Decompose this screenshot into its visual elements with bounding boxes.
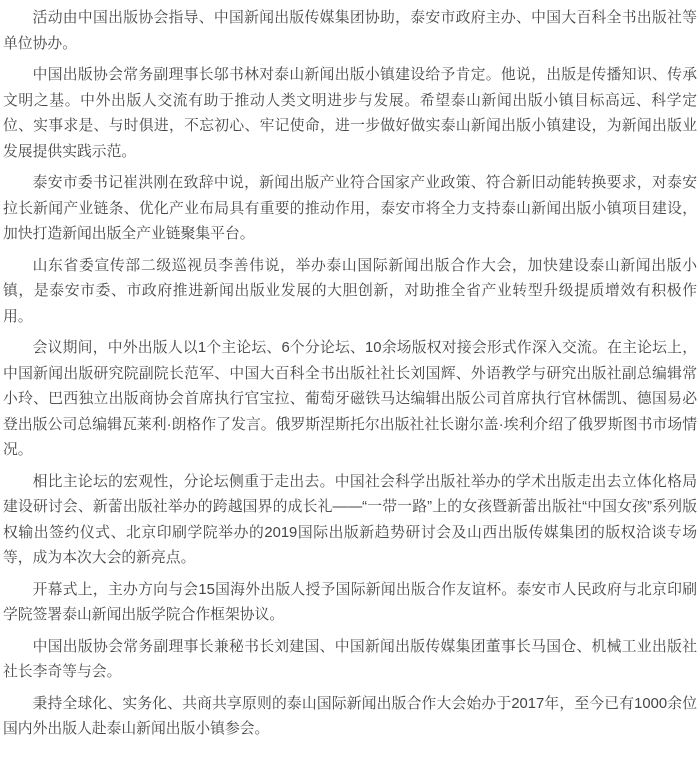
article-paragraph: 活动由中国出版协会指导、中国新闻出版传媒集团协助，泰安市政府主办、中国大百科全书… <box>3 6 697 57</box>
article-paragraph: 会议期间，中外出版人以1个主论坛、6个分论坛、10余场版权对接会形式作深入交流。… <box>3 336 697 464</box>
article-paragraph: 相比主论坛的宏观性，分论坛侧重于走出去。中国社会科学出版社举办的学术出版走出去立… <box>3 470 697 572</box>
article-body: 活动由中国出版协会指导、中国新闻出版传媒集团协助，泰安市政府主办、中国大百科全书… <box>0 0 700 769</box>
article-paragraph: 中国出版协会常务副理事长邬书林对泰山新闻出版小镇建设给予肯定。他说，出版是传播知… <box>3 63 697 165</box>
article-paragraph: 泰安市委书记崔洪刚在致辞中说，新闻出版产业符合国家产业政策、符合新旧动能转换要求… <box>3 171 697 248</box>
article-paragraph: 开幕式上，主办方向与会15国海外出版人授予国际新闻出版合作友谊杯。泰安市人民政府… <box>3 578 697 629</box>
article-paragraph: 秉持全球化、实务化、共商共享原则的泰山国际新闻出版合作大会始办于2017年，至今… <box>3 692 697 743</box>
article-paragraph: 中国出版协会常务副理事长兼秘书长刘建国、中国新闻出版传媒集团董事长马国仓、机械工… <box>3 635 697 686</box>
article-paragraph: 山东省委宣传部二级巡视员李善伟说，举办泰山国际新闻出版合作大会，加快建设泰山新闻… <box>3 254 697 331</box>
